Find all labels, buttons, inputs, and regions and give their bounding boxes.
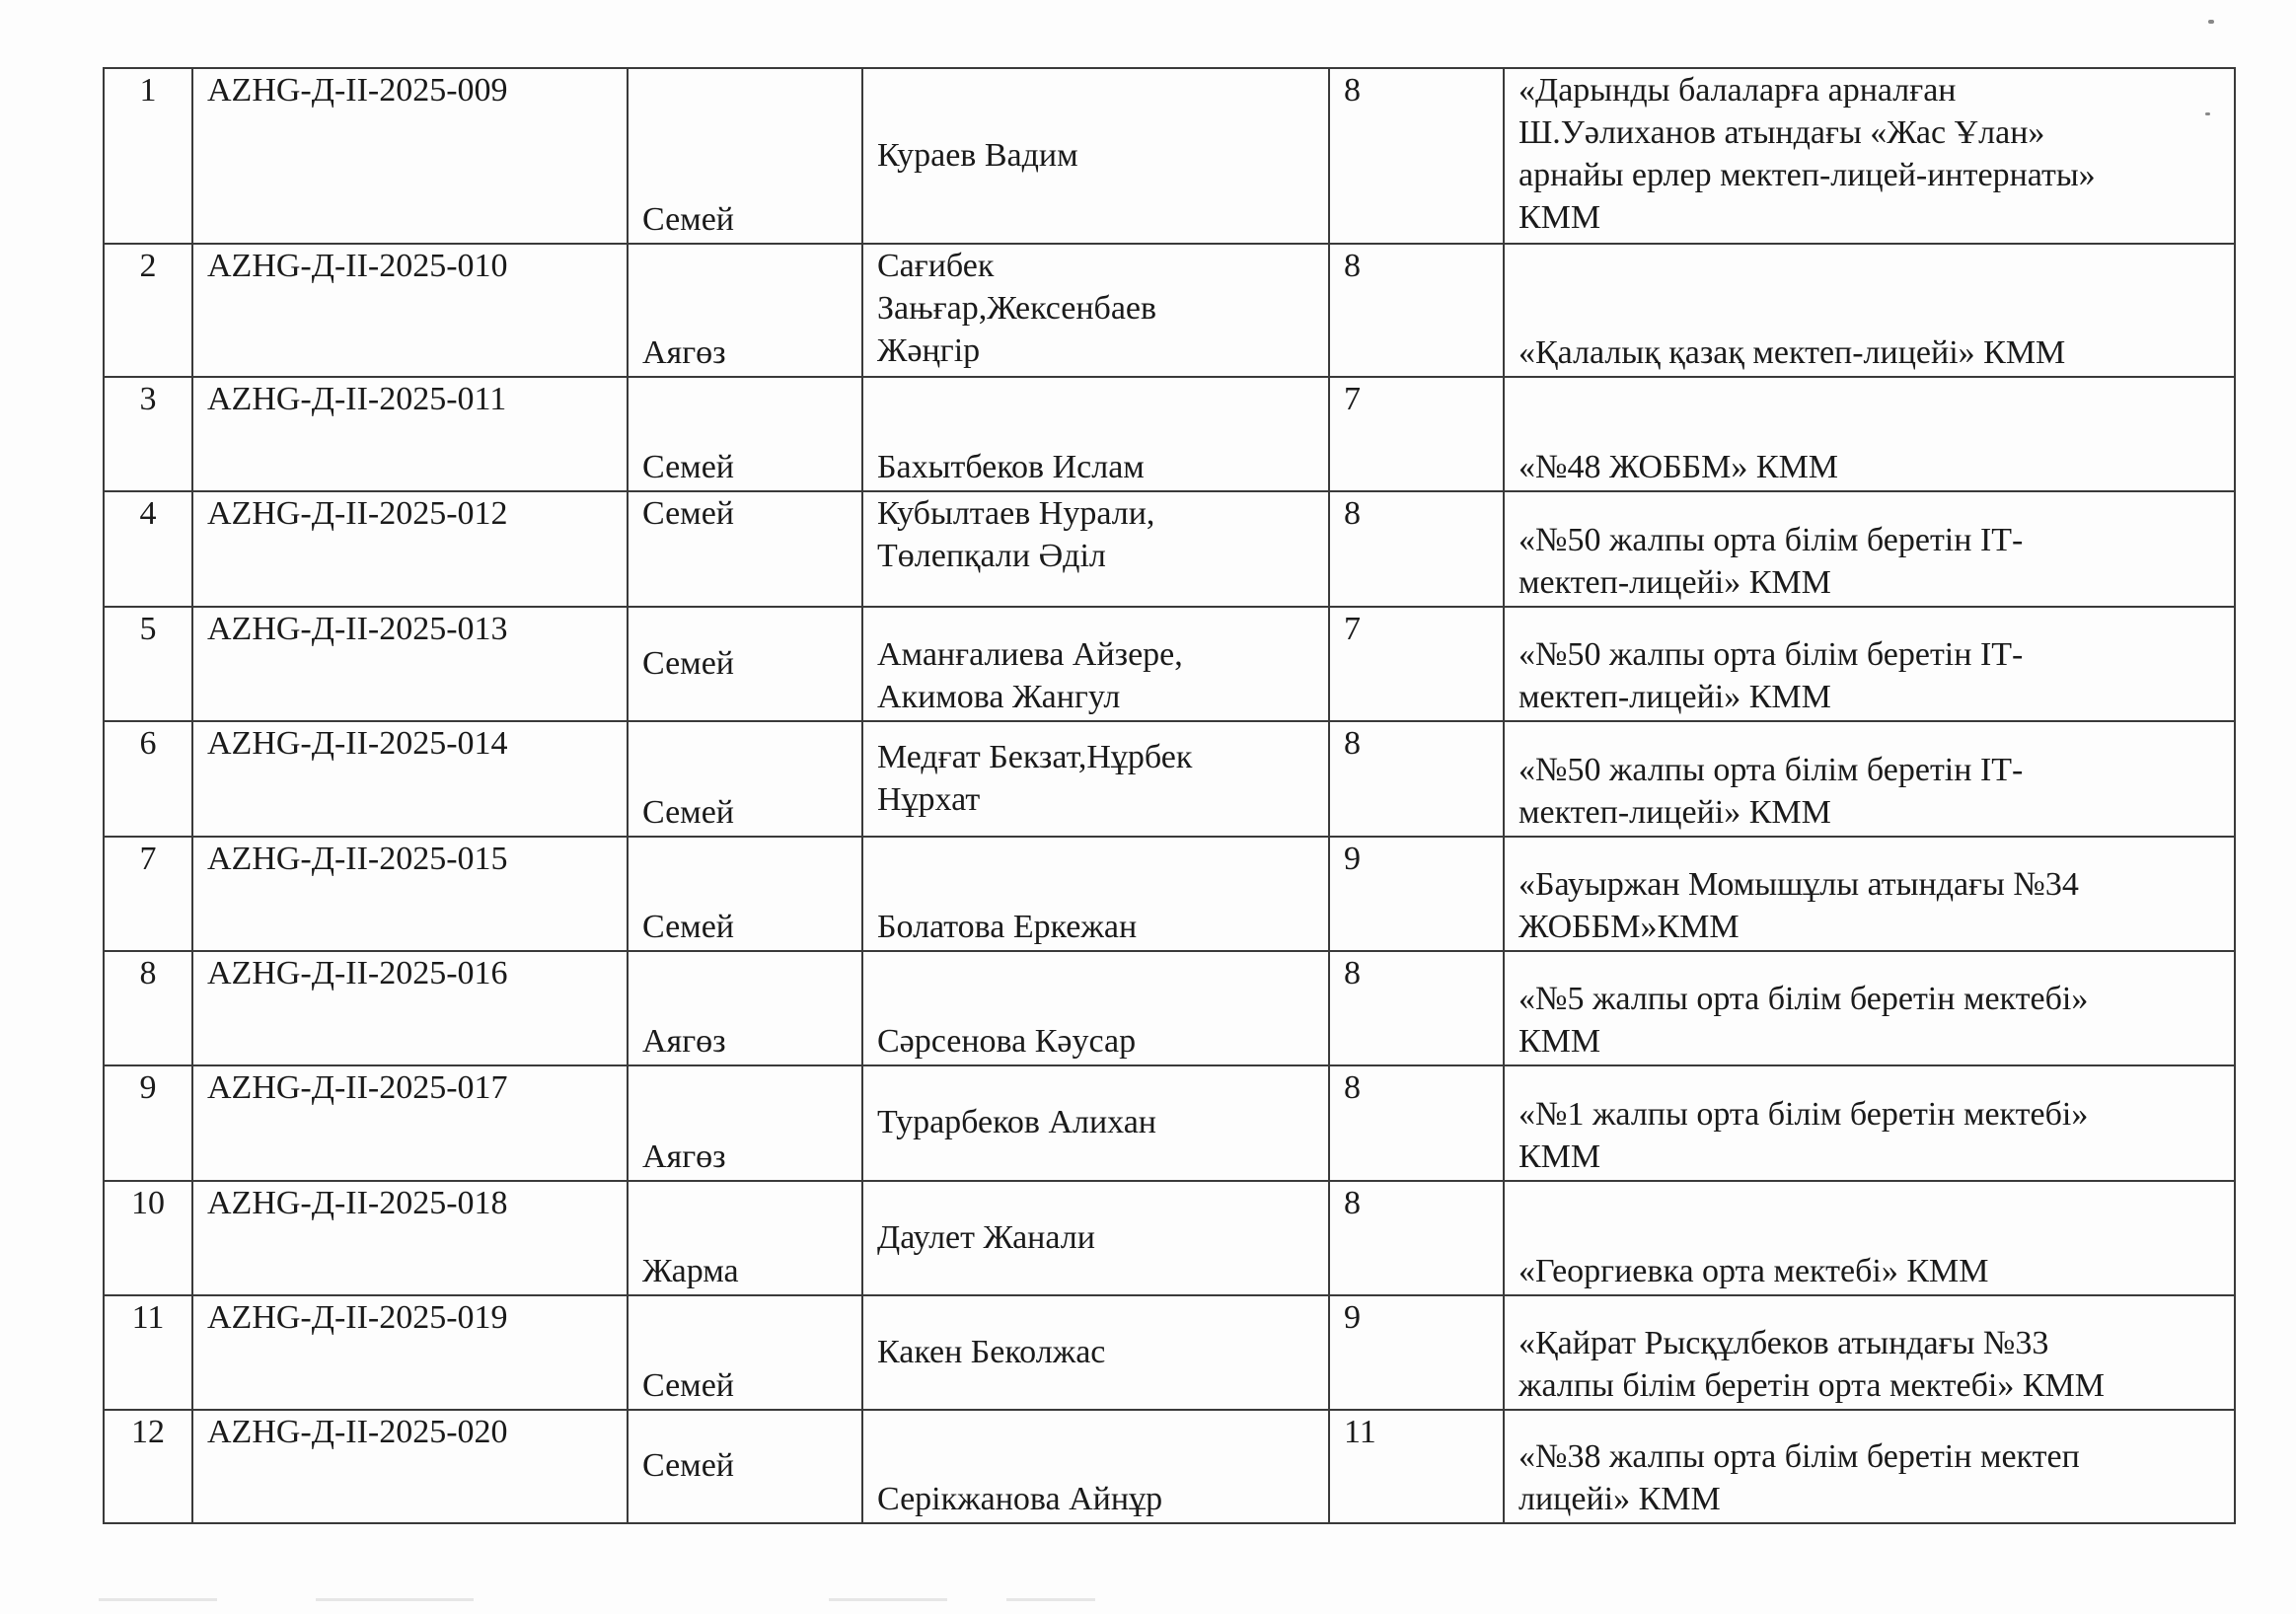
participant-names-line: Нұрхат bbox=[877, 778, 1314, 821]
grade-text: 8 bbox=[1344, 1182, 1489, 1224]
registration-code-text: AZHG-Д-II-2025-012 bbox=[207, 492, 613, 535]
row-number-text: 11 bbox=[118, 1296, 178, 1339]
school-name: «№50 жалпы орта білім беретін ІТ-мектеп-… bbox=[1504, 491, 2235, 607]
school-name: «Қалалық қазақ мектеп-лицейі» КММ bbox=[1504, 244, 2235, 377]
document-page: 1AZHG-Д-II-2025-009СемейКураев Вадим8«Да… bbox=[0, 0, 2296, 1614]
participant-names-line: Төлепқали Әділ bbox=[877, 535, 1314, 577]
grade: 9 bbox=[1329, 1295, 1504, 1410]
table-row: 7AZHG-Д-II-2025-015СемейБолатова Еркежан… bbox=[104, 837, 2235, 951]
registration-code: AZHG-Д-II-2025-012 bbox=[192, 491, 628, 607]
registration-code-text: AZHG-Д-II-2025-013 bbox=[207, 608, 613, 650]
registration-code-text: AZHG-Д-II-2025-020 bbox=[207, 1411, 613, 1453]
participant-names: СағибекЗањғар,ЖексенбаевЖәңгір bbox=[862, 244, 1329, 377]
participant-names-line: Жәңгір bbox=[877, 330, 1314, 372]
school-name-line: КММ bbox=[1518, 196, 2220, 239]
row-number-text: 10 bbox=[118, 1182, 178, 1224]
school-name: «Бауыржан Момышұлы атындағы №34ЖОББМ»КММ bbox=[1504, 837, 2235, 951]
participants-table: 1AZHG-Д-II-2025-009СемейКураев Вадим8«Да… bbox=[103, 67, 2236, 1524]
registration-code-text: AZHG-Д-II-2025-016 bbox=[207, 952, 613, 994]
school-name-line: ЖОББМ»КММ bbox=[1518, 906, 2220, 948]
scan-artifacts bbox=[99, 1598, 2171, 1602]
school-name-line: «№50 жалпы орта білім беретін ІТ- bbox=[1518, 749, 2220, 791]
city-text: Аягөз bbox=[642, 1136, 848, 1178]
grade: 11 bbox=[1329, 1410, 1504, 1523]
registration-code: AZHG-Д-II-2025-015 bbox=[192, 837, 628, 951]
table-body: 1AZHG-Д-II-2025-009СемейКураев Вадим8«Да… bbox=[104, 68, 2235, 1523]
registration-code: AZHG-Д-II-2025-020 bbox=[192, 1410, 628, 1523]
participant-names: Медғат Бекзат,НұрбекНұрхат bbox=[862, 721, 1329, 837]
registration-code-text: AZHG-Д-II-2025-015 bbox=[207, 838, 613, 880]
school-name-line: мектеп-лицейі» КММ bbox=[1518, 561, 2220, 604]
participant-names: Кураев Вадим bbox=[862, 68, 1329, 244]
registration-code-text: AZHG-Д-II-2025-018 bbox=[207, 1182, 613, 1224]
participant-names-line: Зањғар,Жексенбаев bbox=[877, 287, 1314, 330]
registration-code: AZHG-Д-II-2025-011 bbox=[192, 377, 628, 491]
grade: 8 bbox=[1329, 721, 1504, 837]
registration-code-text: AZHG-Д-II-2025-010 bbox=[207, 245, 613, 287]
participant-names: Аманғалиева Айзере,Акимова Жангул bbox=[862, 607, 1329, 721]
city-text: Семей bbox=[642, 906, 848, 948]
table-row: 4AZHG-Д-II-2025-012СемейКубылтаев Нурали… bbox=[104, 491, 2235, 607]
scan-speck bbox=[2208, 20, 2214, 24]
grade-text: 8 bbox=[1344, 1066, 1489, 1109]
participant-names-line: Серікжанова Айнұр bbox=[877, 1478, 1314, 1520]
school-name: «Қайрат Рысқұлбеков атындағы №33жалпы бі… bbox=[1504, 1295, 2235, 1410]
city-text: Семей bbox=[642, 1444, 848, 1487]
row-number: 7 bbox=[104, 837, 192, 951]
school-name-line: «№50 жалпы орта білім беретін ІТ- bbox=[1518, 633, 2220, 676]
city: Семей bbox=[628, 1295, 862, 1410]
participant-names-line: Сәрсенова Кәусар bbox=[877, 1020, 1314, 1063]
city: Аягөз bbox=[628, 951, 862, 1065]
row-number: 6 bbox=[104, 721, 192, 837]
registration-code-text: AZHG-Д-II-2025-019 bbox=[207, 1296, 613, 1339]
grade-text: 9 bbox=[1344, 1296, 1489, 1339]
participant-names-line: Какен Беколжас bbox=[877, 1331, 1314, 1373]
school-name-line: «Дарынды балаларға арналған bbox=[1518, 69, 2220, 111]
table-row: 5AZHG-Д-II-2025-013СемейАманғалиева Айзе… bbox=[104, 607, 2235, 721]
city: Семей bbox=[628, 377, 862, 491]
registration-code-text: AZHG-Д-II-2025-014 bbox=[207, 722, 613, 765]
city: Семей bbox=[628, 68, 862, 244]
city: Семей bbox=[628, 1410, 862, 1523]
grade: 8 bbox=[1329, 68, 1504, 244]
participant-names: Какен Беколжас bbox=[862, 1295, 1329, 1410]
city-text: Аягөз bbox=[642, 1020, 848, 1063]
row-number-text: 2 bbox=[118, 245, 178, 287]
participant-names-line: Акимова Жангул bbox=[877, 676, 1314, 718]
school-name-line: КММ bbox=[1518, 1136, 2220, 1178]
school-name-line: «№50 жалпы орта білім беретін ІТ- bbox=[1518, 519, 2220, 561]
participant-names-line: Медғат Бекзат,Нұрбек bbox=[877, 736, 1314, 778]
participant-names: Сәрсенова Кәусар bbox=[862, 951, 1329, 1065]
registration-code-text: AZHG-Д-II-2025-017 bbox=[207, 1066, 613, 1109]
city-text: Семей bbox=[642, 198, 848, 241]
participant-names: Бахытбеков Ислам bbox=[862, 377, 1329, 491]
city-text: Семей bbox=[642, 492, 848, 535]
row-number: 3 bbox=[104, 377, 192, 491]
grade-text: 7 bbox=[1344, 608, 1489, 650]
school-name: «№50 жалпы орта білім беретін ІТ-мектеп-… bbox=[1504, 721, 2235, 837]
grade-text: 8 bbox=[1344, 245, 1489, 287]
school-name-line: «№38 жалпы орта білім беретін мектеп bbox=[1518, 1435, 2220, 1478]
registration-code: AZHG-Д-II-2025-019 bbox=[192, 1295, 628, 1410]
registration-code: AZHG-Д-II-2025-013 bbox=[192, 607, 628, 721]
participant-names: Болатова Еркежан bbox=[862, 837, 1329, 951]
grade-text: 11 bbox=[1344, 1411, 1489, 1453]
city-text: Семей bbox=[642, 1364, 848, 1407]
city-text: Жарма bbox=[642, 1250, 848, 1292]
school-name-line: «№5 жалпы орта білім беретін мектебі» bbox=[1518, 978, 2220, 1020]
city: Аягөз bbox=[628, 1065, 862, 1181]
participant-names-line: Аманғалиева Айзере, bbox=[877, 633, 1314, 676]
city-text: Семей bbox=[642, 446, 848, 488]
participant-names: Серікжанова Айнұр bbox=[862, 1410, 1329, 1523]
participant-names: Даулет Жанали bbox=[862, 1181, 1329, 1295]
row-number-text: 4 bbox=[118, 492, 178, 535]
table-row: 1AZHG-Д-II-2025-009СемейКураев Вадим8«Да… bbox=[104, 68, 2235, 244]
participant-names-line: Турарбеков Алихан bbox=[877, 1101, 1314, 1143]
row-number-text: 5 bbox=[118, 608, 178, 650]
participant-names-line: Болатова Еркежан bbox=[877, 906, 1314, 948]
city-text: Семей bbox=[642, 791, 848, 834]
city-text: Аягөз bbox=[642, 331, 848, 374]
table-row: 9AZHG-Д-II-2025-017АягөзТурарбеков Алиха… bbox=[104, 1065, 2235, 1181]
row-number: 4 bbox=[104, 491, 192, 607]
registration-code-text: AZHG-Д-II-2025-009 bbox=[207, 69, 613, 111]
participant-names-line: Кубылтаев Нурали, bbox=[877, 492, 1314, 535]
participant-names-line: Бахытбеков Ислам bbox=[877, 446, 1314, 488]
row-number-text: 9 bbox=[118, 1066, 178, 1109]
row-number: 5 bbox=[104, 607, 192, 721]
registration-code: AZHG-Д-II-2025-017 bbox=[192, 1065, 628, 1181]
grade: 8 bbox=[1329, 951, 1504, 1065]
school-name-line: «Қалалық қазақ мектеп-лицейі» КММ bbox=[1518, 331, 2220, 374]
registration-code-text: AZHG-Д-II-2025-011 bbox=[207, 378, 613, 420]
school-name-line: жалпы білім беретін орта мектебі» КММ bbox=[1518, 1364, 2220, 1407]
table-row: 6AZHG-Д-II-2025-014СемейМедғат Бекзат,Нұ… bbox=[104, 721, 2235, 837]
row-number-text: 1 bbox=[118, 69, 178, 111]
grade-text: 8 bbox=[1344, 952, 1489, 994]
row-number-text: 7 bbox=[118, 838, 178, 880]
grade-text: 8 bbox=[1344, 492, 1489, 535]
grade-text: 7 bbox=[1344, 378, 1489, 420]
grade: 8 bbox=[1329, 244, 1504, 377]
registration-code: AZHG-Д-II-2025-016 bbox=[192, 951, 628, 1065]
row-number: 2 bbox=[104, 244, 192, 377]
school-name: «№38 жалпы орта білім беретін мектеплице… bbox=[1504, 1410, 2235, 1523]
table-row: 12AZHG-Д-II-2025-020СемейСерікжанова Айн… bbox=[104, 1410, 2235, 1523]
city: Семей bbox=[628, 837, 862, 951]
school-name-line: лицейі» КММ bbox=[1518, 1478, 2220, 1520]
grade: 7 bbox=[1329, 377, 1504, 491]
school-name: «№48 ЖОББМ» КММ bbox=[1504, 377, 2235, 491]
school-name-line: мектеп-лицейі» КММ bbox=[1518, 791, 2220, 834]
school-name: «Георгиевка орта мектебі» КММ bbox=[1504, 1181, 2235, 1295]
city: Семей bbox=[628, 607, 862, 721]
row-number-text: 3 bbox=[118, 378, 178, 420]
row-number: 8 bbox=[104, 951, 192, 1065]
city-text: Семей bbox=[642, 642, 848, 685]
school-name-line: «№48 ЖОББМ» КММ bbox=[1518, 446, 2220, 488]
row-number: 9 bbox=[104, 1065, 192, 1181]
row-number: 10 bbox=[104, 1181, 192, 1295]
school-name-line: КММ bbox=[1518, 1020, 2220, 1063]
city: Аягөз bbox=[628, 244, 862, 377]
row-number: 12 bbox=[104, 1410, 192, 1523]
row-number-text: 6 bbox=[118, 722, 178, 765]
table-row: 11AZHG-Д-II-2025-019СемейКакен Беколжас9… bbox=[104, 1295, 2235, 1410]
school-name: «№1 жалпы орта білім беретін мектебі»КММ bbox=[1504, 1065, 2235, 1181]
participant-names-line: Даулет Жанали bbox=[877, 1216, 1314, 1259]
school-name-line: мектеп-лицейі» КММ bbox=[1518, 676, 2220, 718]
registration-code: AZHG-Д-II-2025-018 bbox=[192, 1181, 628, 1295]
row-number: 1 bbox=[104, 68, 192, 244]
participant-names-line: Сағибек bbox=[877, 245, 1314, 287]
registration-code: AZHG-Д-II-2025-010 bbox=[192, 244, 628, 377]
row-number-text: 8 bbox=[118, 952, 178, 994]
school-name-line: арнайы ерлер мектеп-лицей-интернаты» bbox=[1518, 154, 2220, 196]
school-name: «№5 жалпы орта білім беретін мектебі»КММ bbox=[1504, 951, 2235, 1065]
table-row: 2AZHG-Д-II-2025-010АягөзСағибекЗањғар,Же… bbox=[104, 244, 2235, 377]
city: Жарма bbox=[628, 1181, 862, 1295]
grade-text: 8 bbox=[1344, 69, 1489, 111]
grade: 7 bbox=[1329, 607, 1504, 721]
registration-code: AZHG-Д-II-2025-009 bbox=[192, 68, 628, 244]
grade: 9 bbox=[1329, 837, 1504, 951]
school-name-line: «Бауыржан Момышұлы атындағы №34 bbox=[1518, 863, 2220, 906]
table-row: 10AZHG-Д-II-2025-018ЖармаДаулет Жанали8«… bbox=[104, 1181, 2235, 1295]
grade: 8 bbox=[1329, 1181, 1504, 1295]
school-name-line: «Георгиевка орта мектебі» КММ bbox=[1518, 1250, 2220, 1292]
city: Семей bbox=[628, 491, 862, 607]
school-name: «Дарынды балаларға арналғанШ.Уәлиханов а… bbox=[1504, 68, 2235, 244]
school-name: «№50 жалпы орта білім беретін ІТ-мектеп-… bbox=[1504, 607, 2235, 721]
table-row: 3AZHG-Д-II-2025-011СемейБахытбеков Ислам… bbox=[104, 377, 2235, 491]
school-name-line: «№1 жалпы орта білім беретін мектебі» bbox=[1518, 1093, 2220, 1136]
grade: 8 bbox=[1329, 1065, 1504, 1181]
participant-names-line: Кураев Вадим bbox=[877, 134, 1314, 177]
row-number-text: 12 bbox=[118, 1411, 178, 1453]
grade-text: 8 bbox=[1344, 722, 1489, 765]
table-row: 8AZHG-Д-II-2025-016АягөзСәрсенова Кәусар… bbox=[104, 951, 2235, 1065]
participant-names: Кубылтаев Нурали,Төлепқали Әділ bbox=[862, 491, 1329, 607]
registration-code: AZHG-Д-II-2025-014 bbox=[192, 721, 628, 837]
grade-text: 9 bbox=[1344, 838, 1489, 880]
participant-names: Турарбеков Алихан bbox=[862, 1065, 1329, 1181]
school-name-line: Ш.Уәлиханов атындағы «Жас Ұлан» bbox=[1518, 111, 2220, 154]
city: Семей bbox=[628, 721, 862, 837]
grade: 8 bbox=[1329, 491, 1504, 607]
row-number: 11 bbox=[104, 1295, 192, 1410]
school-name-line: «Қайрат Рысқұлбеков атындағы №33 bbox=[1518, 1322, 2220, 1364]
